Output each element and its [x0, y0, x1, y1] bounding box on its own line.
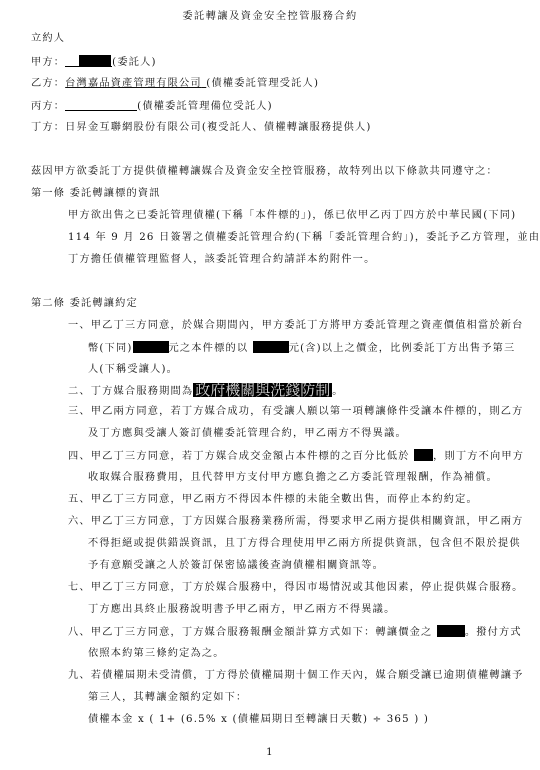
party-c-label: 丙方： [31, 101, 65, 112]
redaction-box [414, 449, 433, 461]
party-d-text: 日昇金互聯網股份有限公司(複受託人、債權轉讓服務提供人) [65, 122, 371, 133]
redaction-box [79, 55, 111, 67]
redacted-watermark: 政府機關與洗錢防制 [193, 383, 332, 397]
article2-item3-line1: 三、甲乙兩方同意，若丁方媒合成功，有受讓人願以第一項轉讓條件受讓本件標的，則乙方 [68, 405, 524, 419]
redaction-box [437, 625, 465, 637]
party-b-label: 乙方： [31, 78, 65, 89]
text-segment: 幣(下同) [88, 343, 133, 354]
article2-item9-line1: 九、若債權屆期未受清償，丁方得於債權屆期十個工作天內，媒合願受讓已逾期債權轉讓予 [68, 669, 524, 683]
party-d: 丁方：日昇金互聯網股份有限公司(複受託人、債權轉讓服務提供人) [31, 121, 372, 135]
article2-item6-line1: 六、甲乙丁三方同意，丁方因媒合服務業務所需，得要求甲乙兩方提供相關資訊，甲乙兩方 [68, 515, 524, 529]
text-segment: 二、丁方媒合服務期間為 [68, 386, 193, 397]
article2-item6-line3: 予有意願受讓之人於簽訂保密協議後查詢債權相關資訊等。 [88, 559, 384, 573]
article2-item5: 五、甲乙丁三方同意，甲乙兩方不得因本件標的未能全數出售，而停止本約約定。 [68, 493, 478, 507]
article1-line: 甲方欲出售之已委託管理債權(下稱「本件標的」)，係已依甲乙丙丁四方於中華民國(下… [68, 209, 516, 223]
article2-item4-line2: 收取媒合服務費用，且代替甲方支付甲方應負擔之乙方委託管理報酬，作為補償。 [88, 471, 498, 485]
article1-line: 114 年 9 月 26 日簽署之債權委託管理合約(下稱「委託管理合約」)，委託… [68, 231, 540, 245]
redaction-box [253, 341, 289, 353]
article1-line: 丁方擔任債權管理監督人，該委託管理合約請詳本約附件一。 [68, 253, 375, 267]
article1-heading: 第一條 委託轉讓標的資訊 [31, 187, 161, 201]
article2-item7-line2: 丁方應出具終止服務說明書予甲乙兩方，甲乙兩方不得異議。 [88, 603, 395, 617]
article2-item2: 二、丁方媒合服務期間為政府機關與洗錢防制。 [68, 383, 344, 399]
article2-item4-line1: 四、甲乙丁三方同意，若丁方媒合成交金額占本件標的之百分比低於 ，則丁方不向甲方 [68, 449, 524, 464]
article2-heading: 第二條 委託轉讓約定 [31, 297, 138, 311]
article2-item1-line2: 幣(下同)元之本件標的以 元(含)以上之價金，比例委託丁方出售予第三 [88, 341, 515, 356]
text-segment: 。撥付方式 [465, 627, 522, 638]
text-segment: 元之本件標的以 [169, 343, 249, 354]
text-segment: 元(含)以上之價金，比例委託丁方出售予第三 [289, 343, 516, 354]
page-number: 1 [0, 746, 540, 760]
party-a-name-redacted [65, 55, 112, 67]
text-segment: 。 [332, 386, 343, 397]
article2-item8-line1: 八、甲乙丁三方同意，丁方媒合服務報酬金額計算方式如下：轉讓價金之 。撥付方式 [68, 625, 522, 640]
article2-item9-formula: 債權本金 x ( 1+ (6.5% x (債權屆期日至轉讓日天數) ÷ 365 … [88, 713, 429, 727]
article2-item1-line1: 一、甲乙丁三方同意，於媒合期間內，甲方委託丁方將甲方委託管理之資產價值相當於新台 [68, 319, 524, 333]
party-d-label: 丁方： [31, 122, 65, 133]
article2-item1-line3: 人(下稱受讓人)。 [88, 363, 178, 377]
text-segment: 四、甲乙丁三方同意，若丁方媒合成交金額占本件標的之百分比低於 [68, 451, 410, 462]
document-title: 委託轉讓及資金安全控管服務合約 [0, 10, 540, 24]
redaction-box [133, 341, 169, 353]
party-c-role: (債權委託管理備位受託人) [137, 101, 273, 112]
article2-item3-line2: 及丁方應與受讓人簽訂債權委託管理合約，甲乙兩方不得異議。 [88, 427, 407, 441]
article2-item9-line2: 第三人，其轉讓金額約定如下： [88, 691, 247, 705]
text-segment: ，則丁方不向甲方 [433, 451, 524, 462]
preamble: 茲因甲方欲委託丁方提供債權轉讓媒合及資金安全控管服務，故特列出以下條款共同遵守之… [31, 165, 498, 179]
parties-label: 立約人 [31, 32, 65, 46]
party-a-label: 甲方： [31, 57, 65, 68]
party-b-name: 台灣嘉品資產管理有限公司 [65, 78, 202, 89]
article2-item6-line2: 不得拒絕或提供錯誤資訊，且丁方得合理使用甲乙兩方所提供資訊，包含但不限於提供 [88, 537, 521, 551]
article2-item7-line1: 七、甲乙丁三方同意，丁方於媒合服務中，得因市場情況或其他因素，停止提供媒合服務。 [68, 581, 524, 595]
party-b-role: (債權委託管理受託人) [206, 78, 319, 89]
party-a-role: (委託人) [112, 57, 157, 68]
document-page: 委託轉讓及資金安全控管服務合約 立約人 甲方：(委託人) 乙方：台灣嘉品資產管理… [0, 0, 540, 770]
article2-item8-line2: 依照本約第三條約定為之。 [88, 647, 225, 661]
party-c: 丙方：(債權委託管理備位受託人) [31, 99, 273, 114]
party-a: 甲方：(委託人) [31, 55, 157, 70]
party-c-name-blank [65, 99, 137, 111]
party-b: 乙方：台灣嘉品資產管理有限公司 (債權委託管理受託人) [31, 77, 319, 91]
text-segment: 八、甲乙丁三方同意，丁方媒合服務報酬金額計算方式如下：轉讓價金之 [68, 627, 432, 638]
